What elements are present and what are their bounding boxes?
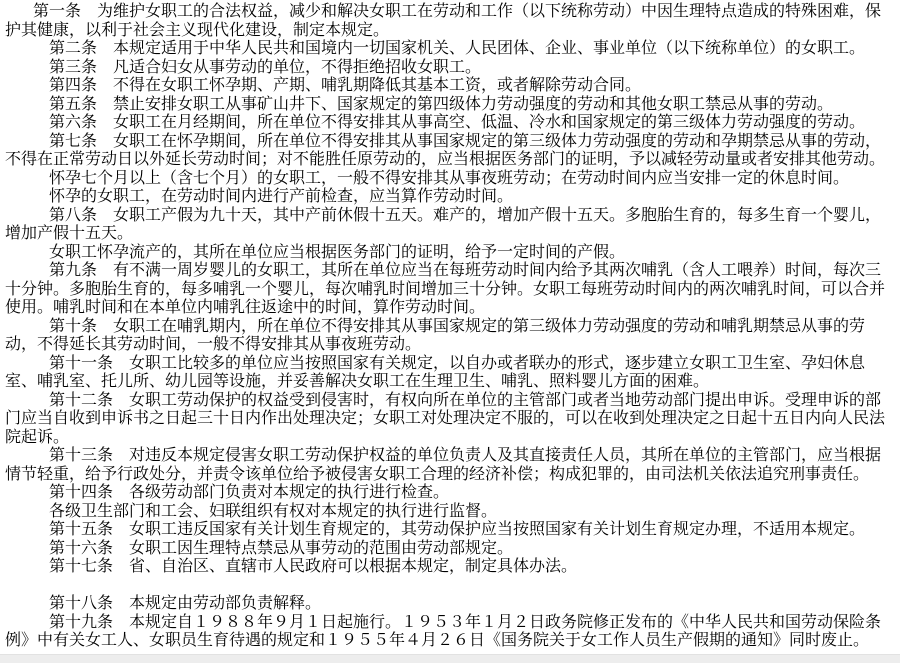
para-article-8-clause-2: 女职工怀孕流产的，其所在单位应当根据医务部门的证明，给予一定时间的产假。 (5, 243, 895, 262)
para-article-10: 第十条 女职工在哺乳期内，所在单位不得安排其从事国家规定的第三级体力劳动强度的劳… (5, 317, 895, 354)
para-article-15: 第十五条 女职工违反国家有关计划生育规定的，其劳动保护应当按照国家有关计划生育规… (5, 520, 895, 539)
para-article-12: 第十二条 女职工劳动保护的权益受到侵害时，有权向所在单位的主管部门或者当地劳动部… (5, 391, 895, 447)
para-article-18: 第十八条 本规定由劳动部负责解释。 (5, 594, 895, 613)
para-article-16: 第十六条 女职工因生理特点禁忌从事劳动的范围由劳动部规定。 (5, 539, 895, 558)
para-article-17: 第十七条 省、自治区、直辖市人民政府可以根据本规定，制定具体办法。 (5, 557, 895, 576)
para-article-7-clause-2: 怀孕七个月以上（含七个月）的女职工，一般不得安排其从事夜班劳动；在劳动时间内应当… (5, 169, 895, 188)
para-article-2: 第二条 本规定适用于中华人民共和国境内一切国家机关、人民团体、企业、事业单位（以… (5, 39, 895, 58)
para-article-1: 第一条 为维护女职工的合法权益，减少和解决女职工在劳动和工作（以下统称劳动）中因… (5, 2, 895, 39)
blank-line-separator (5, 576, 895, 595)
para-article-7: 第七条 女职工在怀孕期间，所在单位不得安排其从事国家规定的第三级体力劳动强度的劳… (5, 132, 895, 169)
para-article-3: 第三条 凡适合妇女从事劳动的单位，不得拒绝招收女职工。 (5, 58, 895, 77)
para-article-6: 第六条 女职工在月经期间，所在单位不得安排其从事高空、低温、冷水和国家规定的第三… (5, 113, 895, 132)
para-article-19: 第十九条 本规定自１９８８年９月１日起施行。１９５３年１月２日政务院修正发布的《… (5, 613, 895, 650)
law-document: 第一条 为维护女职工的合法权益，减少和解决女职工在劳动和工作（以下统称劳动）中因… (0, 0, 900, 650)
para-article-11: 第十一条 女职工比较多的单位应当按照国家有关规定，以自办或者联办的形式，逐步建立… (5, 354, 895, 391)
para-article-4: 第四条 不得在女职工怀孕期、产期、哺乳期降低其基本工资，或者解除劳动合同。 (5, 76, 895, 95)
para-article-14-clause-2: 各级卫生部门和工会、妇联组织有权对本规定的执行进行监督。 (5, 502, 895, 521)
para-article-9: 第九条 有不满一周岁婴儿的女职工，其所在单位应当在每班劳动时间内给予其两次哺乳（… (5, 261, 895, 317)
para-article-5: 第五条 禁止安排女职工从事矿山井下、国家规定的第四级体力劳动强度的劳动和其他女职… (5, 95, 895, 114)
para-article-7-clause-3: 怀孕的女职工，在劳动时间内进行产前检查，应当算作劳动时间。 (5, 187, 895, 206)
para-article-8: 第八条 女职工产假为九十天，其中产前休假十五天。难产的，增加产假十五天。多胞胎生… (5, 206, 895, 243)
para-article-13: 第十三条 对违反本规定侵害女职工劳动保护权益的单位负责人及其直接责任人员，其所在… (5, 446, 895, 483)
para-article-14: 第十四条 各级劳动部门负责对本规定的执行进行检查。 (5, 483, 895, 502)
bottom-edge-strip (0, 654, 900, 663)
